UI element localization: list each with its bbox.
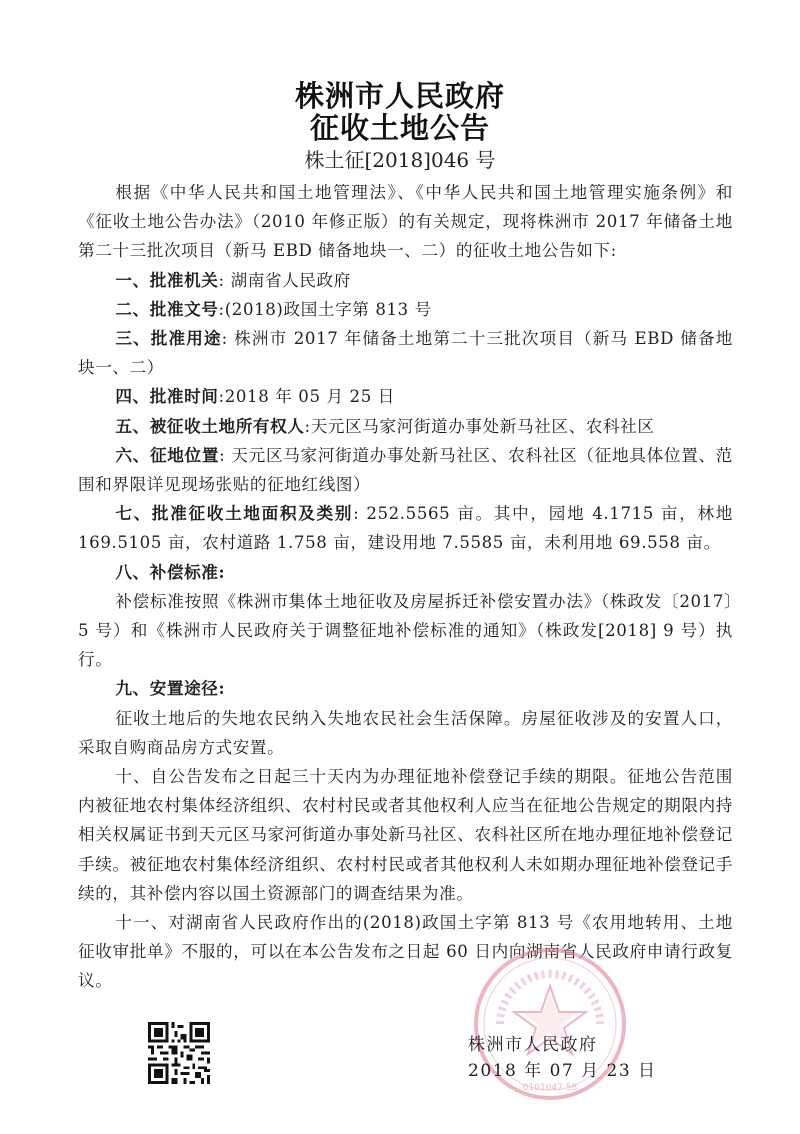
section-resettlement-heading: 九、安置途径:	[78, 674, 733, 703]
document-page: 株洲市人民政府 征收土地公告 株土征[2018]046 号 根据《中华人民共和国…	[0, 0, 800, 1134]
item-approval-authority: 一、批准机关: 湖南省人民政府	[78, 266, 733, 295]
qr-code-icon	[148, 1022, 210, 1084]
section-compensation-text: 补偿标准按照《株洲市集体土地征收及房屋拆迁补偿安置办法》（株政发〔2017〕5 …	[78, 587, 733, 675]
signature-date: 2018 年 07 月 23 日	[468, 1058, 657, 1084]
notice-body: 根据《中华人民共和国土地管理法》、《中华人民共和国土地管理实施条例》和《征收土地…	[78, 178, 733, 996]
item-land-owner: 五、被征收土地所有权人:天元区马家河街道办事处新马社区、农科社区	[78, 412, 733, 441]
section-resettlement-text: 征收土地后的失地农民纳入失地农民社会生活保障。房屋征收涉及的安置人口，采取自购商…	[78, 704, 733, 762]
item-approval-number: 二、批准文号:(2018)政国土字第 813 号	[78, 295, 733, 324]
item-approval-purpose: 三、批准用途: 株洲市 2017 年储备土地第二十三批次项目（新马 EBD 储备…	[78, 324, 733, 382]
section-registration: 十、自公告发布之日起三十天内为办理征地补偿登记手续的期限。征地公告范围内被征地农…	[78, 762, 733, 908]
signature-block: 株洲市人民政府 2018 年 07 月 23 日	[468, 1032, 657, 1084]
svg-text:0101047 58: 0101047 58	[523, 1083, 578, 1093]
document-number: 株土征[2018]046 号	[0, 148, 800, 172]
section-appeal: 十一、对湖南省人民政府作出的(2018)政国土字第 813 号《农用地转用、土地…	[78, 908, 733, 996]
item-approval-date: 四、批准时间:2018 年 05 月 25 日	[78, 382, 733, 411]
signature-issuer: 株洲市人民政府	[468, 1032, 657, 1058]
intro-paragraph: 根据《中华人民共和国土地管理法》、《中华人民共和国土地管理实施条例》和《征收土地…	[78, 178, 733, 266]
title-issuer: 株洲市人民政府	[0, 80, 800, 112]
item-land-location: 六、征地位置: 天元区马家河街道办事处新马社区、农科社区（征地具体位置、范围和界…	[78, 441, 733, 499]
section-compensation-heading: 八、补偿标准:	[78, 558, 733, 587]
title-notice: 征收土地公告	[0, 112, 800, 144]
item-land-area: 七、批准征收土地面积及类别: 252.5565 亩。其中，园地 4.1715 亩…	[78, 499, 733, 557]
